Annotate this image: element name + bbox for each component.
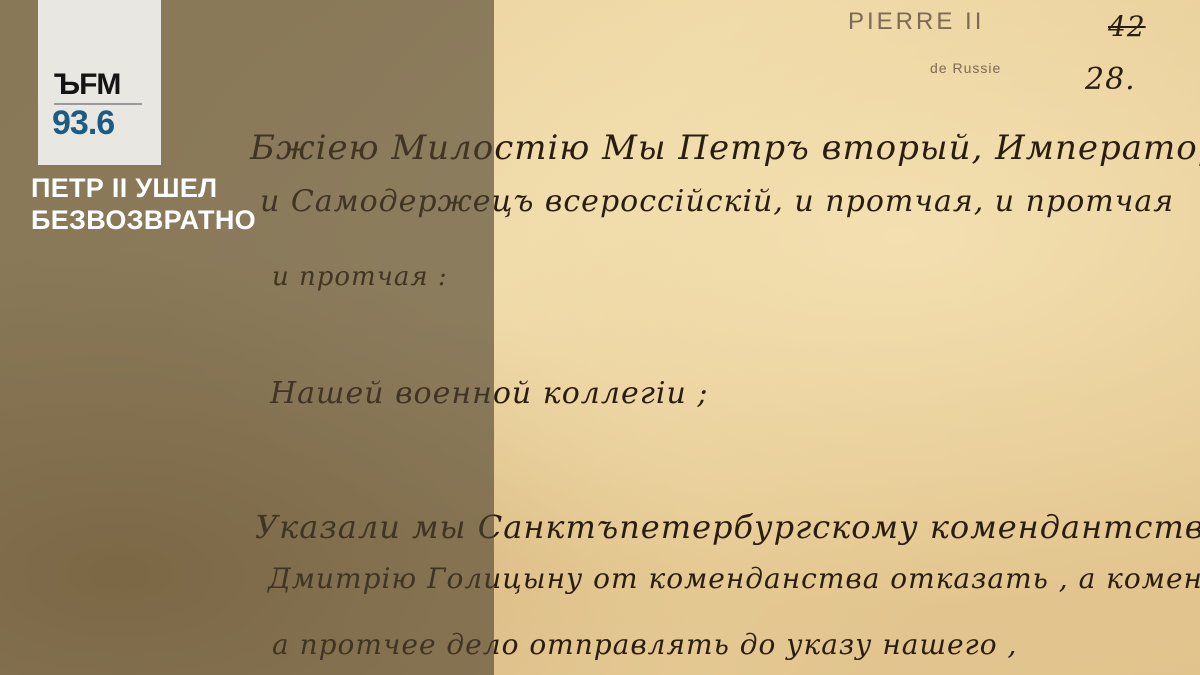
headline-line-2: БЕЗВОЗВРАТНО: [31, 204, 256, 236]
page-number-crossed: 42: [1108, 10, 1146, 43]
headline: ПЕТР II УШЕЛ БЕЗВОЗВРАТНО: [31, 172, 256, 236]
page-number: 28.: [1085, 62, 1136, 97]
logo-frequency: 93.6: [52, 106, 114, 140]
archive-label: PIERRE II: [848, 8, 984, 36]
radio-logo[interactable]: ЪFM 93.6: [38, 0, 161, 165]
headline-line-1: ПЕТР II УШЕЛ: [31, 172, 256, 204]
archive-sublabel: de Russie: [930, 60, 1001, 76]
logo-brand: ЪFM: [54, 70, 120, 100]
